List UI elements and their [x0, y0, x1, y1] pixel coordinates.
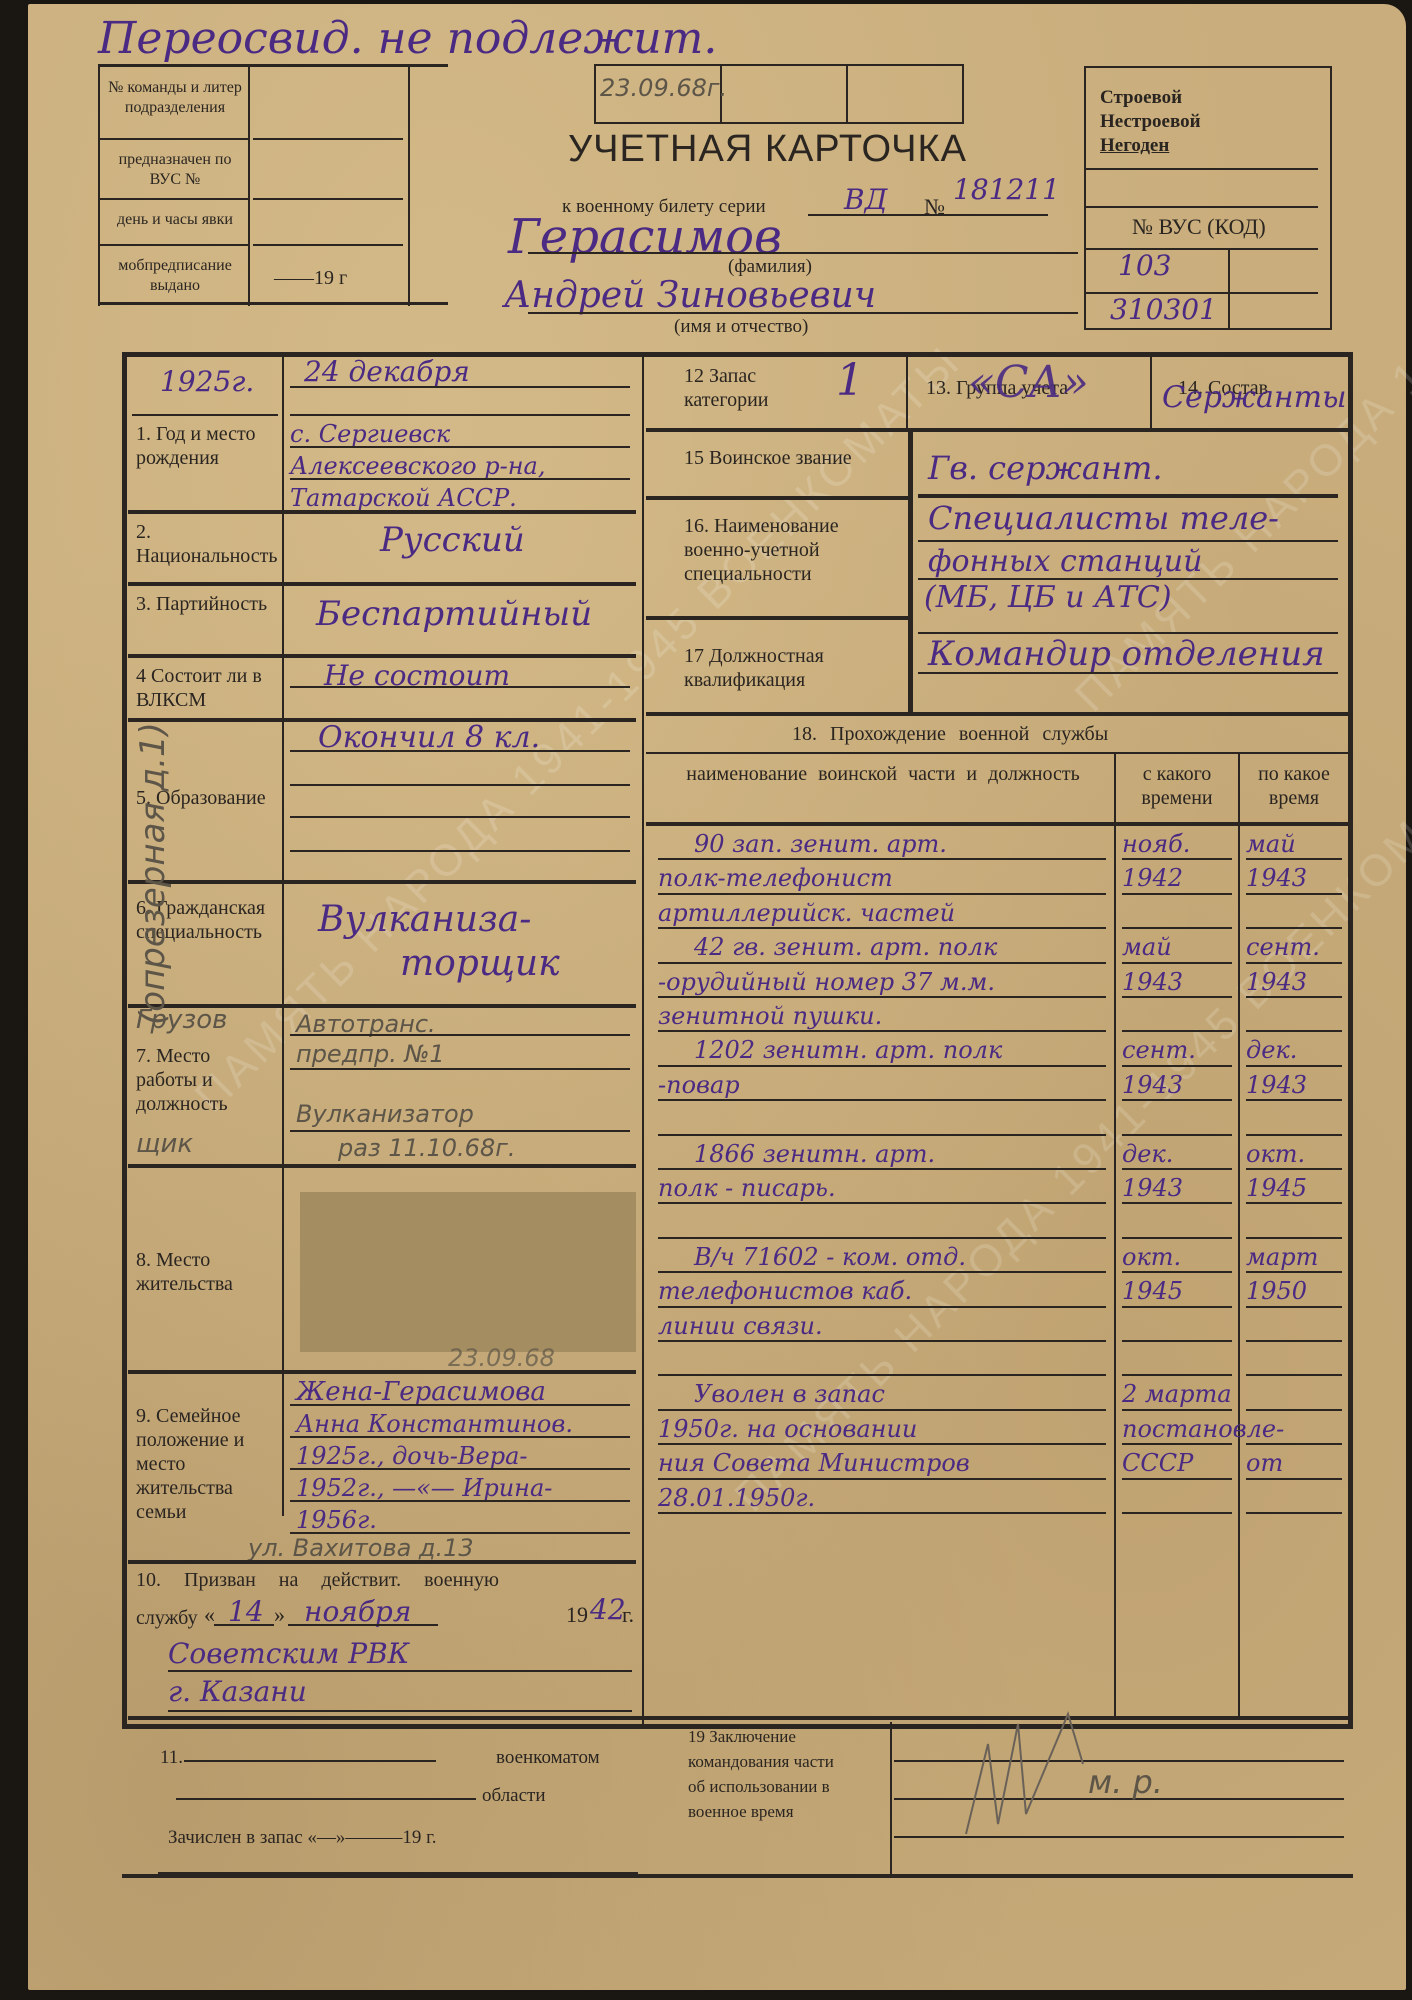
name-patronymic: Андрей Зиновьевич	[504, 276, 876, 316]
service-from: окт.	[1122, 1241, 1181, 1273]
conscription-year-prefix: 19	[566, 1602, 588, 1628]
conscription-city: г. Казани	[168, 1676, 307, 1708]
fitness-option-unfit: Негоден	[1100, 134, 1201, 158]
vus-value-1: 103	[1118, 250, 1171, 282]
fitness-option-noncombat: Нестроевой	[1100, 110, 1201, 134]
field-15-label: 15 Воинское звание	[684, 446, 904, 470]
service-to: май	[1246, 828, 1296, 860]
card-title: УЧЕТНАЯ КАРТОЧКА	[568, 128, 967, 171]
service-unit: -повар	[658, 1069, 740, 1101]
top-annotation: Переосвид. не подлежит.	[98, 12, 717, 66]
service-to: 1945	[1246, 1172, 1307, 1204]
field-10-label: 10. Призван на действит. военную	[136, 1568, 636, 1592]
field-10-label-service: службу	[136, 1606, 198, 1630]
service-to: от	[1246, 1447, 1283, 1479]
left-box-label-vus: предназначен по ВУС №	[102, 150, 248, 190]
service-unit: линии связи.	[658, 1310, 823, 1342]
field-9-label: 9. Семейное положение и место жительства…	[136, 1404, 286, 1524]
service-from: постановле-	[1122, 1413, 1284, 1445]
service-unit: ния Совета Министров	[658, 1447, 970, 1479]
military-office-label: военкоматом	[496, 1746, 600, 1770]
position-qualification: Командир отделения	[928, 638, 1325, 670]
workplace-line-2: предпр. №1	[296, 1038, 445, 1070]
accounting-group: «СА»	[968, 356, 1089, 410]
service-to: сент.	[1246, 931, 1320, 963]
service-unit: В/ч 71602 - ком. отд.	[694, 1241, 966, 1273]
field-11-label: 11.	[160, 1746, 183, 1770]
birth-year: 1925г.	[160, 366, 254, 398]
left-box-label-arrival: день и часы явки	[102, 210, 248, 230]
service-to: 1950	[1246, 1275, 1307, 1307]
vus-value-2: 310301	[1110, 294, 1217, 326]
birth-date: 24 декабря	[304, 356, 470, 388]
fitness-option-combat: Строевой	[1100, 86, 1201, 110]
military-id-series: ВД	[844, 184, 887, 216]
service-history-title: 18. Прохождение военной службы	[792, 722, 1108, 746]
service-unit: артиллерийск. частей	[658, 897, 955, 929]
workplace-margin-2: щик	[136, 1128, 193, 1160]
left-box-mob-value: ——19 г	[274, 266, 347, 290]
service-unit: -орудийный номер 37 м.м.	[658, 966, 995, 998]
field-16-label: 16. Наименование военно-учетной специаль…	[684, 514, 908, 586]
column-from: с какого времени	[1118, 762, 1236, 810]
service-unit: 1866 зенитн. арт.	[694, 1138, 935, 1170]
service-unit: 1950г. на основании	[658, 1413, 917, 1445]
civil-specialty-1: Вулканиза-	[318, 900, 531, 940]
service-to: 1943	[1246, 1069, 1307, 1101]
service-unit: 1202 зенитн. арт. полк	[694, 1034, 1002, 1066]
service-unit: Уволен в запас	[694, 1378, 885, 1410]
military-specialty-1: Специалисты теле-	[928, 502, 1279, 534]
field-7-label: 7. Место работы и должность	[136, 1044, 276, 1116]
workplace-line-3: Вулканизатор	[296, 1098, 474, 1130]
region-label: области	[482, 1784, 546, 1808]
column-to: по какое время	[1240, 762, 1348, 810]
field-2-label: 2. Национальность	[136, 520, 276, 568]
service-to: окт.	[1246, 1138, 1305, 1170]
signature	[948, 1704, 1108, 1844]
nationality: Русский	[380, 524, 525, 556]
field-12-label: 12 Запас категории	[684, 364, 784, 412]
service-from: СССР	[1122, 1447, 1193, 1479]
conscription-year-g: г.	[622, 1602, 634, 1628]
left-box-label-command: № команды и литер подразделения	[102, 78, 248, 118]
military-specialty-3: (МБ, ЦБ и АТС)	[924, 582, 1172, 614]
service-to: 1943	[1246, 966, 1307, 998]
redacted-address	[300, 1192, 636, 1352]
service-from: 2 марта	[1122, 1378, 1232, 1410]
column-unit: наименование воинской части и должность	[658, 762, 1108, 786]
reserve-category: 1	[836, 356, 864, 406]
conscription-year: 42	[590, 1594, 626, 1626]
left-box-label-mob: мобпредписание выдано	[102, 256, 248, 296]
field-17-label: 17 Должностная квалификация	[684, 644, 908, 692]
field-3-label: 3. Партийность	[136, 592, 276, 616]
field-8-label: 8. Место жительства	[136, 1248, 276, 1296]
margin-note: (опрезерная д.1)	[137, 755, 169, 1025]
service-from: 1943	[1122, 1172, 1183, 1204]
field-19-label: 19 Заключение командования части об испо…	[688, 1724, 838, 1824]
service-unit: полк - писарь.	[658, 1172, 836, 1204]
service-unit: 90 зап. зенит. арт.	[694, 828, 947, 860]
field-4-label: 4 Состоит ли в ВЛКСМ	[136, 664, 282, 712]
staff-composition: Сержанты	[1162, 382, 1347, 414]
service-from: сент.	[1122, 1034, 1196, 1066]
military-id-number: 181211	[953, 174, 1060, 206]
stamp-date: 23.09.68г.	[600, 72, 727, 104]
conscription-office: Советским РВК	[168, 1638, 409, 1670]
civil-specialty-2: торщик	[400, 944, 560, 984]
service-to: дек.	[1246, 1034, 1297, 1066]
service-from: май	[1122, 931, 1172, 963]
party-membership: Беспартийный	[316, 598, 592, 630]
service-from: 1945	[1122, 1275, 1183, 1307]
field-1-label: 1. Год и место рождения	[136, 422, 276, 470]
service-unit: 42 гв. зенит. арт. полк	[694, 931, 997, 963]
workplace-line-4: раз 11.10.68г.	[338, 1132, 515, 1164]
record-card: ПАМЯТЬ НАРОДА 1941-1945 ВОЕНКОМАТЫ ПАМЯТ…	[28, 4, 1406, 1990]
military-rank: Гв. сержант.	[928, 452, 1163, 484]
service-from: 1943	[1122, 1069, 1183, 1101]
service-unit: 28.01.1950г.	[658, 1482, 815, 1514]
reserve-enrollment: Зачислен в запас «—»———19 г.	[168, 1826, 437, 1850]
service-unit: полк-телефонист	[658, 862, 893, 894]
service-from: 1942	[1122, 862, 1183, 894]
military-id-no-label: №	[924, 194, 945, 220]
name-caption: (имя и отчество)	[674, 316, 808, 338]
service-to: март	[1246, 1241, 1318, 1273]
vus-label: № ВУС (КОД)	[1132, 214, 1266, 240]
service-unit: зенитной пушки.	[658, 1000, 882, 1032]
service-from: нояб.	[1122, 828, 1190, 860]
service-from: 1943	[1122, 966, 1183, 998]
military-specialty-2: фонных станций	[928, 546, 1202, 578]
service-unit: телефонистов каб.	[658, 1275, 912, 1307]
service-from: дек.	[1122, 1138, 1173, 1170]
service-to: 1943	[1246, 862, 1307, 894]
